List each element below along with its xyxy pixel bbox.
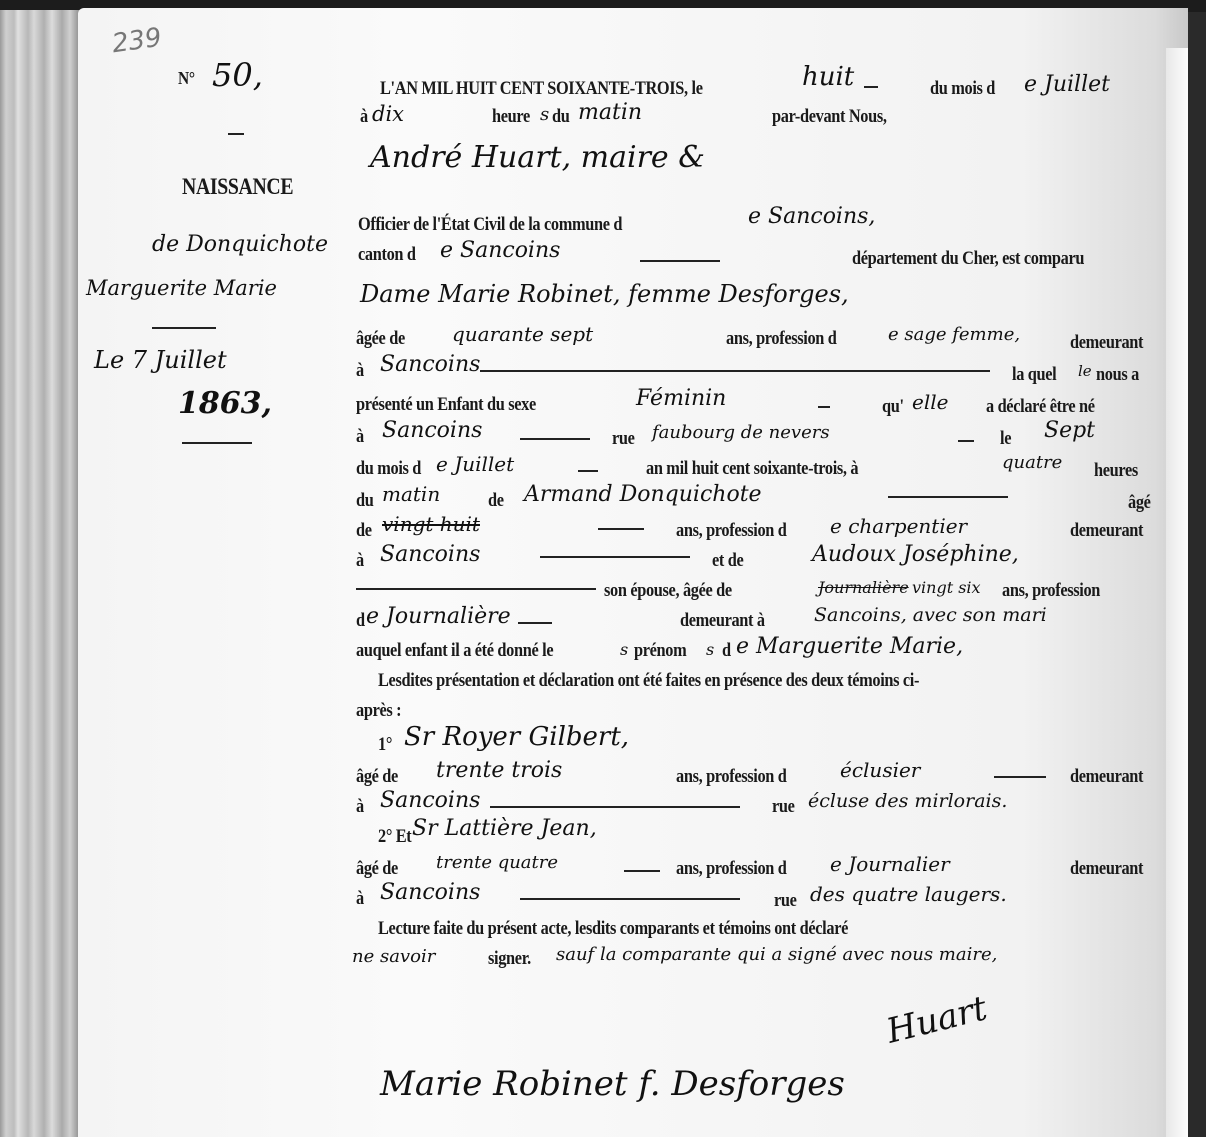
filler-line: [518, 622, 552, 624]
printed-text: âgé de: [356, 858, 398, 880]
handwritten-profession: e charpentier: [830, 514, 967, 538]
handwritten-time: matin: [382, 482, 440, 506]
handwritten-place: Sancoins: [380, 788, 480, 813]
printed-text: de: [356, 520, 372, 542]
handwritten-text: s: [620, 640, 628, 659]
handwritten-time: matin: [578, 100, 642, 125]
handwritten-street: des quatre laugers.: [810, 882, 1007, 906]
printed-text: âgée de: [356, 328, 405, 350]
printed-text: ans, profession: [1002, 580, 1100, 602]
handwritten-street: faubourg de nevers: [652, 422, 830, 443]
printed-text: an mil huit cent soixante-trois, à: [646, 458, 858, 480]
handwritten-sex: Féminin: [636, 386, 726, 411]
handwritten-street: écluse des mirlorais.: [808, 790, 1007, 812]
printed-text: heures: [1094, 460, 1138, 482]
printed-text: à: [356, 796, 364, 818]
printed-text: demeurant: [1070, 332, 1143, 354]
handwritten-text: elle: [912, 390, 948, 414]
divider: [228, 133, 244, 135]
printed-text: le: [1000, 428, 1011, 450]
handwritten-canton: e Sancoins: [440, 238, 560, 263]
divider: [152, 327, 216, 329]
printed-text: a déclaré être né: [986, 396, 1095, 418]
handwritten-day: huit: [802, 62, 854, 92]
printed-text: âgé de: [356, 766, 398, 788]
handwritten-hour: dix: [372, 102, 404, 126]
printed-text: demeurant: [1070, 858, 1143, 880]
margin-given-names: Marguerite Marie: [86, 276, 277, 300]
printed-text: département du Cher, est comparu: [852, 248, 1084, 270]
filler-line: [520, 898, 740, 900]
handwritten-text: sauf la comparante qui a signé avec nous…: [556, 944, 997, 965]
handwritten-age: quarante sept: [452, 322, 593, 346]
printed-text: 2° Et: [378, 826, 411, 848]
handwritten-profession: éclusier: [840, 758, 920, 782]
filler-line: [480, 370, 990, 372]
printed-text: demeurant à: [680, 610, 765, 632]
filler-line: [598, 528, 644, 530]
printed-text: nous a: [1096, 364, 1139, 386]
margin-date: Le 7 Juillet: [94, 346, 227, 374]
printed-text: demeurant: [1070, 766, 1143, 788]
filler-line: [864, 86, 878, 88]
printed-text: rue: [612, 428, 635, 450]
divider: [182, 442, 252, 444]
printed-text: d: [356, 610, 365, 632]
handwritten-month: e Juillet: [1024, 72, 1110, 97]
printed-text: L'AN MIL HUIT CENT SOIXANTE-TROIS, le: [380, 78, 703, 100]
filler-line: [818, 406, 830, 408]
printed-text: de: [488, 490, 504, 512]
filler-line: [520, 438, 590, 440]
printed-text: Lecture faite du présent acte, lesdits c…: [378, 918, 848, 940]
margin-surname: de Donquichote: [152, 232, 328, 257]
printed-text: d: [722, 640, 731, 662]
printed-text: prénom: [634, 640, 686, 662]
printed-text: du: [552, 106, 569, 128]
handwritten-hour: quatre: [1002, 452, 1062, 473]
filler-line: [356, 588, 596, 590]
printed-text: du mois d: [356, 458, 421, 480]
handwritten-text: s: [706, 640, 714, 659]
handwritten-text: le: [1078, 362, 1092, 380]
printed-text: ans, profession d: [676, 858, 787, 880]
printed-text: à: [356, 888, 364, 910]
act-number-label: N°: [178, 68, 195, 89]
printed-text: ans, profession d: [676, 766, 787, 788]
printed-text: après :: [356, 700, 401, 722]
handwritten-profession: e Journalière: [366, 604, 511, 629]
book-spine-edge: [0, 10, 80, 1137]
printed-text: à: [360, 106, 368, 128]
handwritten-witness-1: Sr Royer Gilbert,: [404, 722, 629, 752]
handwritten-profession: e sage femme,: [888, 324, 1020, 345]
printed-text: à: [356, 550, 364, 572]
handwritten-month: e Juillet: [436, 452, 514, 476]
printed-text: âgé: [1128, 492, 1151, 514]
printed-text: du: [356, 490, 373, 512]
printed-text: rue: [774, 890, 797, 912]
printed-text: canton d: [358, 244, 416, 266]
filler-line: [640, 260, 720, 262]
printed-text: Lesdites présentation et déclaration ont…: [378, 670, 919, 692]
printed-text: qu': [882, 396, 904, 418]
printed-text: par-devant Nous,: [772, 106, 887, 128]
handwritten-place: Sancoins: [382, 418, 482, 443]
printed-text: demeurant: [1070, 520, 1143, 542]
handwritten-age: vingt huit: [382, 512, 480, 536]
printed-text: ans, profession d: [726, 328, 837, 350]
filler-line: [540, 556, 690, 558]
act-number: 50,: [212, 56, 263, 94]
handwritten-place: Sancoins, avec son mari: [814, 604, 1047, 626]
handwritten-text: ne savoir: [352, 946, 435, 967]
printed-text: Officier de l'État Civil de la commune d: [358, 214, 622, 236]
filler-line: [490, 806, 740, 808]
filler-line: [888, 496, 1008, 498]
printed-text: son épouse, âgée de: [604, 580, 732, 602]
handwritten-father: Armand Donquichote: [524, 482, 762, 507]
printed-text: 1°: [378, 734, 392, 756]
margin-year: 1863,: [178, 386, 272, 421]
handwritten-age: trente trois: [436, 758, 562, 783]
printed-text: et de: [712, 550, 743, 572]
handwritten-declarant: Dame Marie Robinet, femme Desforges,: [360, 280, 849, 308]
margin-title: NAISSANCE: [182, 174, 293, 200]
handwritten-profession: e Journalier: [830, 852, 950, 876]
printed-text: rue: [772, 796, 795, 818]
declarant-signature: Marie Robinet f. Desforges: [380, 1064, 845, 1104]
handwritten-age: trente quatre: [436, 852, 558, 873]
printed-text: auquel enfant il a été donné le: [356, 640, 553, 662]
filler-line: [994, 776, 1046, 778]
printed-text: signer.: [488, 948, 531, 970]
filler-line: [578, 470, 598, 472]
filler-line: [624, 870, 660, 872]
printed-text: à: [356, 360, 364, 382]
printed-text: du mois d: [930, 78, 995, 100]
handwritten-struck-text: Journalière: [818, 578, 909, 597]
printed-text: la quel: [1012, 364, 1056, 386]
printed-text: présenté un Enfant du sexe: [356, 394, 536, 416]
handwritten-place: Sancoins: [380, 542, 480, 567]
handwritten-place: Sancoins: [380, 880, 480, 905]
facing-page-edge: [1166, 48, 1188, 1137]
handwritten-officer: André Huart, maire &: [370, 140, 705, 175]
filler-line: [958, 440, 974, 442]
printed-text: ans, profession d: [676, 520, 787, 542]
handwritten-commune: e Sancoins,: [748, 204, 875, 229]
printed-text: à: [356, 426, 364, 448]
printed-text: heure: [492, 106, 530, 128]
handwritten-place: Sancoins: [380, 352, 480, 377]
handwritten-text: s: [540, 104, 549, 125]
handwritten-given-names: e Marguerite Marie,: [736, 634, 963, 659]
handwritten-day: Sept: [1044, 418, 1095, 443]
handwritten-age: vingt six: [912, 578, 981, 597]
handwritten-witness-2: Sr Lattière Jean,: [412, 816, 597, 841]
handwritten-mother: Audoux Joséphine,: [812, 542, 1019, 567]
